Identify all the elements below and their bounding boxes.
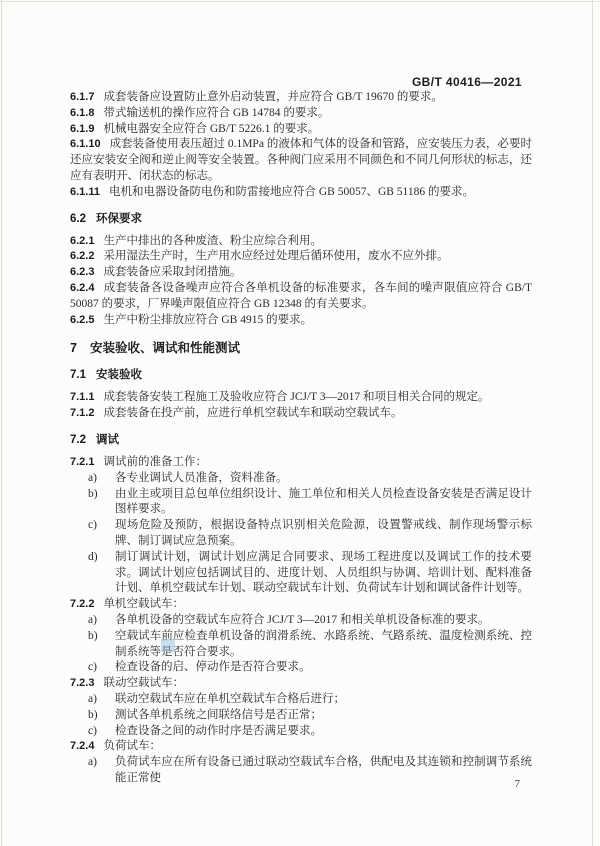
list-item-7.2.2-a: a)各单机设备的空载试车应符合 JCJ/T 3—2017 和相关单机设备标准的要… (70, 613, 532, 629)
clause-number: 7.1.1 (70, 391, 94, 403)
clause-number: 6.1.9 (70, 123, 94, 135)
document-body: 6.1.7成套装备应设置防止意外启动装置，并应符合 GB/T 19670 的要求… (70, 90, 532, 787)
clause-text: 成套装备各设备噪声应符合各单机设备的标准要求，各车间的噪声限值应符合 GB/T … (70, 282, 532, 310)
list-item-7.2.1-a: a)各专业调试人员准备，资料准备。 (70, 471, 532, 487)
clause-text: 联动空载试车： (103, 677, 184, 689)
page-edge-left (1, 0, 2, 846)
scan-artifact (161, 639, 175, 652)
list-item-text: 由业主或项目总包单位组织设计、施工单位和相关人员检查设备安装是否满足设计图样要求… (115, 488, 532, 516)
clause-7.2.1: 7.2.1调试前的准备工作： (70, 455, 532, 471)
clause-text: 生产中粉尘排放应符合 GB 4915 的要求。 (103, 314, 312, 326)
clause-6.1.7: 6.1.7成套装备应设置防止意外启动装置，并应符合 GB/T 19670 的要求… (70, 90, 532, 106)
list-item-text: 联动空载试车应在单机空载试车合格后进行； (115, 693, 345, 705)
list-item-marker: c) (88, 660, 97, 676)
clause-6.2.4: 6.2.4成套装备各设备噪声应符合各单机设备的标准要求，各车间的噪声限值应符合 … (70, 281, 532, 313)
clause-7.2.3: 7.2.3联动空载试车： (70, 676, 532, 692)
list-item-7.2.3-c: c)检查设备之间的动作时序是否满足要求。 (70, 724, 532, 740)
clause-7.1.1: 7.1.1成套装备安装工程施工及验收应符合 JCJ/T 3—2017 和项目相关… (70, 390, 532, 406)
section-heading-7.1: 7.1安装验收 (70, 367, 532, 383)
clause-7.1.2: 7.1.2成套装备在投产前，应进行单机空载试车和联动空载试车。 (70, 406, 532, 422)
clause-number: 6.2.2 (70, 250, 94, 262)
clause-text: 成套装备应采取封闭措施。 (103, 266, 241, 278)
heading-text: 安装验收 (96, 369, 142, 381)
clause-number: 6.2.3 (70, 266, 94, 278)
heading-text: 安装验收、调试和性能测试 (90, 341, 240, 355)
list-item-marker: d) (88, 550, 98, 566)
clause-6.1.11: 6.1.11电机和电器设备防电伤和防雷接地应符合 GB 50057、GB 511… (70, 185, 532, 201)
clause-number: 6.1.8 (70, 107, 94, 119)
list-item-text: 检查设备的启、停动作是否符合要求。 (115, 661, 311, 673)
heading-text: 环保要求 (96, 213, 142, 225)
list-item-text: 检查设备之间的动作时序是否满足要求。 (115, 725, 322, 737)
clause-text: 成套装备在投产前，应进行单机空载试车和联动空载试车。 (103, 407, 402, 419)
section-heading-6.2: 6.2环保要求 (70, 211, 532, 227)
clause-6.1.8: 6.1.8带式输送机的操作应符合 GB 14784 的要求。 (70, 106, 532, 122)
clause-6.2.2: 6.2.2采用湿法生产时，生产用水应经过处理后循环使用，废水不应外排。 (70, 249, 532, 265)
page-edge-right (592, 0, 593, 846)
clause-number: 7.2.1 (70, 456, 94, 468)
list-item-marker: a) (88, 471, 97, 487)
list-item-marker: a) (88, 613, 97, 629)
list-item-marker: b) (88, 708, 98, 724)
standard-number: GB/T 40416—2021 (412, 75, 522, 89)
list-item-marker: b) (88, 629, 98, 645)
clause-text: 成套装备安装工程施工及验收应符合 JCJ/T 3—2017 和项目相关合同的规定… (103, 391, 489, 403)
list-item-7.2.1-d: d)制订调试计划，调试计划应满足合同要求、现场工程进度以及调试工作的技术要求。调… (70, 550, 532, 597)
clause-text: 调试前的准备工作： (103, 456, 207, 468)
list-item-7.2.1-c: c)现场危险及预防，根据设备特点识别相关危险源，设置警戒线、制作现场警示标牌、制… (70, 518, 532, 550)
list-item-text: 各专业调试人员准备，资料准备。 (115, 472, 288, 484)
clause-text: 采用湿法生产时，生产用水应经过处理后循环使用，废水不应外排。 (103, 250, 448, 262)
clause-6.1.9: 6.1.9机械电器安全应符合 GB/T 5226.1 的要求。 (70, 122, 532, 138)
list-item-marker: a) (88, 755, 97, 771)
heading-number: 7.2 (70, 434, 86, 446)
heading-number: 7 (70, 341, 77, 355)
clause-number: 7.1.2 (70, 407, 94, 419)
running-header: GB/T 40416—2021 (70, 75, 522, 89)
list-item-7.2.2-b: b)空载试车前应检查单机设备的润滑系统、水路系统、气路系统、温度检测系统、控制系… (70, 629, 532, 661)
page-edge-top (0, 1, 600, 2)
clause-number: 6.1.10 (70, 138, 101, 150)
list-item-7.2.2-c: c)检查设备的启、停动作是否符合要求。 (70, 660, 532, 676)
page-footer: 7 (70, 778, 520, 790)
clause-number: 6.2.5 (70, 314, 94, 326)
clause-7.2.2: 7.2.2单机空载试车： (70, 597, 532, 613)
list-item-text: 各单机设备的空载试车应符合 JCJ/T 3—2017 和相关单机设备标准的要求。 (115, 614, 490, 626)
clause-number: 7.2.4 (70, 740, 94, 752)
clause-text: 生产中排出的各种废渣、粉尘应综合利用。 (103, 235, 322, 247)
clause-6.2.1: 6.2.1生产中排出的各种废渣、粉尘应综合利用。 (70, 234, 532, 250)
clause-text: 成套装备应设置防止意外启动装置，并应符合 GB/T 19670 的要求。 (103, 91, 442, 103)
clause-number: 6.1.7 (70, 91, 94, 103)
clause-number: 6.2.4 (70, 282, 94, 294)
list-item-text: 现场危险及预防，根据设备特点识别相关危险源，设置警戒线、制作现场警示标牌、制订调… (115, 519, 532, 547)
list-item-marker: c) (88, 518, 97, 534)
clause-number: 7.2.3 (70, 677, 94, 689)
list-item-marker: b) (88, 487, 98, 503)
clause-text: 成套装备使用表压超过 0.1MPa 的液体和气体的设备和管路，应安装压力表，必要… (70, 138, 532, 182)
list-item-marker: a) (88, 692, 97, 708)
list-item-text: 测试各单机系统之间联络信号是否正常； (115, 709, 322, 721)
document-page: GB/T 40416—2021 6.1.7成套装备应设置防止意外启动装置，并应符… (0, 0, 600, 846)
clause-text: 电机和电器设备防电伤和防雷接地应符合 GB 50057、GB 51186 的要求… (109, 186, 474, 198)
page-number: 7 (515, 778, 521, 790)
clause-7.2.4: 7.2.4负荷试车： (70, 739, 532, 755)
clause-6.1.10: 6.1.10成套装备使用表压超过 0.1MPa 的液体和气体的设备和管路，应安装… (70, 137, 532, 184)
section-heading-7: 7安装验收、调试和性能测试 (70, 340, 532, 357)
clause-text: 机械电器安全应符合 GB/T 5226.1 的要求。 (103, 123, 319, 135)
clause-6.2.3: 6.2.3成套装备应采取封闭措施。 (70, 265, 532, 281)
list-item-text: 空载试车前应检查单机设备的润滑系统、水路系统、气路系统、温度检测系统、控制系统等… (115, 630, 532, 658)
list-item-text: 制订调试计划，调试计划应满足合同要求、现场工程进度以及调试工作的技术要求。调试计… (115, 551, 532, 595)
list-item-7.2.3-b: b)测试各单机系统之间联络信号是否正常； (70, 708, 532, 724)
list-item-7.2.3-a: a)联动空载试车应在单机空载试车合格后进行； (70, 692, 532, 708)
clause-text: 单机空载试车： (103, 598, 184, 610)
list-item-marker: c) (88, 724, 97, 740)
heading-text: 调试 (96, 434, 119, 446)
section-heading-7.2: 7.2调试 (70, 432, 532, 448)
heading-number: 7.1 (70, 369, 86, 381)
clause-number: 6.1.11 (70, 186, 100, 198)
heading-number: 6.2 (70, 213, 86, 225)
clause-number: 6.2.1 (70, 235, 94, 247)
clause-text: 带式输送机的操作应符合 GB 14784 的要求。 (103, 107, 329, 119)
clause-6.2.5: 6.2.5生产中粉尘排放应符合 GB 4915 的要求。 (70, 313, 532, 329)
clause-number: 7.2.2 (70, 598, 94, 610)
clause-text: 负荷试车： (103, 740, 161, 752)
list-item-7.2.1-b: b)由业主或项目总包单位组织设计、施工单位和相关人员检查设备安装是否满足设计图样… (70, 487, 532, 519)
